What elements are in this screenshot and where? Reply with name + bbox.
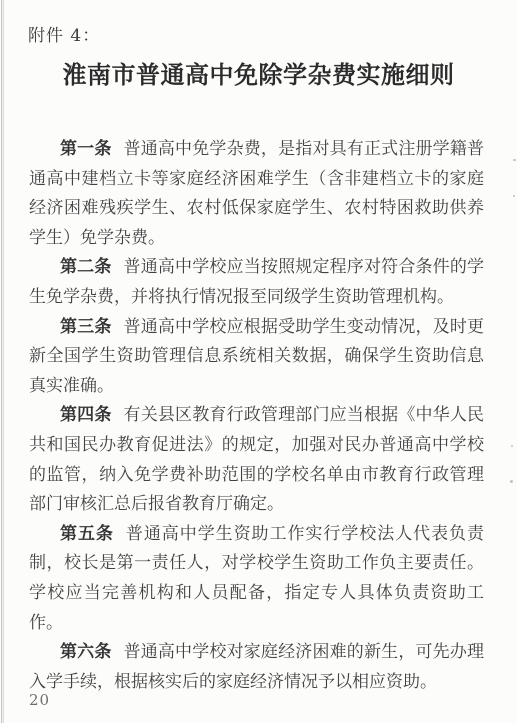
article-6-paragraph: 第六条普通高中学校对家庭经济困难的新生，可先办理入学手续，根据核实后的家庭经济情… — [29, 638, 484, 697]
page-number: 20 — [29, 691, 50, 709]
article-4-number: 第四条 — [60, 405, 112, 425]
scan-edge-line — [1, 0, 4, 723]
article-2-number: 第二条 — [60, 257, 112, 277]
scan-speck — [511, 445, 513, 447]
article-3-paragraph: 第三条普通高中学校应根据受助学生变动情况，及时更新全国学生资助管理信息系统相关数… — [29, 313, 484, 402]
article-1-paragraph: 第一条普通高中免学杂费，是指对具有正式注册学籍普通高中建档立卡等家庭经济困难学生… — [29, 135, 484, 253]
scan-speck — [510, 480, 513, 483]
document-title: 淮南市普通高中免除学杂费实施细则 — [0, 55, 517, 90]
article-2-paragraph: 第二条普通高中学校应当按照规定程序对符合条件的学生免学杂费，并将执行情况报至同级… — [29, 253, 484, 312]
article-4-paragraph: 第四条有关县区教育行政管理部门应当根据《中华人民共和国民办教育促进法》的规定，加… — [29, 401, 484, 519]
article-6-number: 第六条 — [60, 642, 112, 662]
attachment-label: 附件 4： — [28, 21, 100, 46]
scan-speck — [513, 195, 515, 197]
scan-speck — [513, 159, 516, 161]
article-5-number: 第五条 — [60, 524, 114, 544]
document-body: 第一条普通高中免学杂费，是指对具有正式注册学籍普通高中建档立卡等家庭经济困难学生… — [29, 135, 484, 697]
article-5-paragraph: 第五条普通高中学生资助工作实行学校法人代表负责制，校长是第一责任人，对学校学生资… — [29, 520, 484, 638]
document-page: 附件 4： 淮南市普通高中免除学杂费实施细则 第一条普通高中免学杂费，是指对具有… — [0, 0, 517, 723]
article-1-number: 第一条 — [60, 139, 112, 159]
article-3-number: 第三条 — [60, 317, 112, 337]
